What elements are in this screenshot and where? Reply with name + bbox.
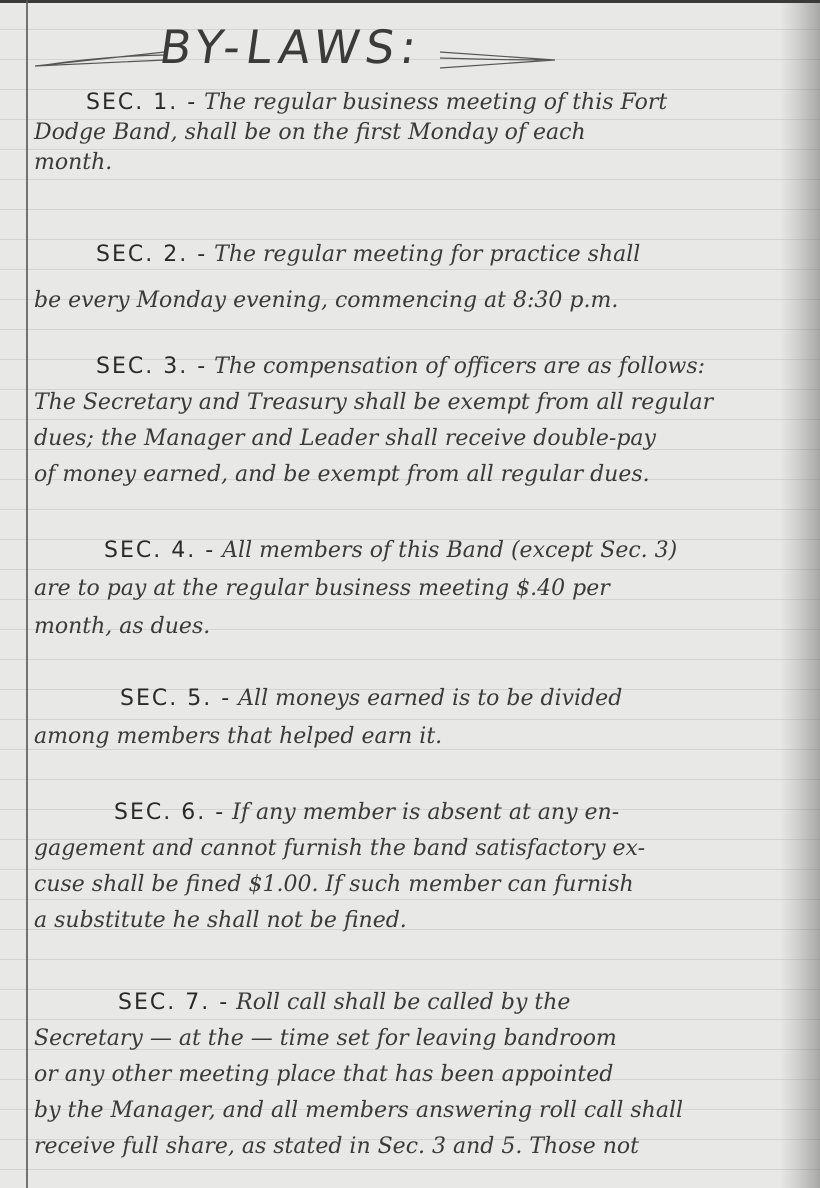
section-label: SEC. 5. - — [120, 686, 231, 711]
section-text-line: of money earned, and be exempt from all … — [34, 460, 804, 490]
section-text-line: The compensation of officers are as foll… — [214, 354, 705, 379]
section-text-line: All moneys earned is to be divided — [238, 686, 622, 711]
section-text-line: Roll call shall be called by the — [236, 990, 570, 1015]
section-2: SEC. 2. - The regular meeting for practi… — [34, 240, 804, 316]
section-4: SEC. 4. - All members of this Band (exce… — [34, 536, 804, 642]
section-text-line: dues; the Manager and Leader shall recei… — [34, 424, 804, 454]
section-text-line: cuse shall be fined $1.00. If such membe… — [34, 870, 804, 900]
section-text-line: Secretary — at the — time set for leavin… — [34, 1024, 804, 1054]
section-text-line: The regular meeting for practice shall — [214, 242, 640, 267]
right-flourish-icon — [440, 48, 555, 70]
page-title: BY-LAWS: — [156, 20, 426, 74]
section-label: SEC. 1. - — [86, 90, 197, 115]
section-text-line: Dodge Band, shall be on the first Monday… — [34, 118, 804, 148]
section-6: SEC. 6. - If any member is absent at any… — [34, 798, 804, 936]
section-text-line: by the Manager, and all members answerin… — [34, 1096, 804, 1126]
section-label: SEC. 4. - — [104, 538, 215, 563]
title-block: BY-LAWS: — [0, 18, 820, 78]
section-1: SEC. 1. - The regular business meeting o… — [34, 88, 804, 178]
ledger-page: BY-LAWS: SEC. 1. - The regular business … — [0, 0, 820, 1188]
section-text-line: If any member is absent at any en- — [232, 800, 619, 825]
section-label: SEC. 3. - — [96, 354, 207, 379]
section-7: SEC. 7. - Roll call shall be called by t… — [34, 988, 804, 1162]
section-text-line: receive full share, as stated in Sec. 3 … — [34, 1132, 804, 1162]
section-3: SEC. 3. - The compensation of officers a… — [34, 352, 804, 490]
page-top-edge — [0, 0, 820, 3]
section-text-line: among members that helped earn it. — [34, 722, 804, 752]
section-label: SEC. 2. - — [96, 242, 207, 267]
section-text-line: The regular business meeting of this For… — [204, 90, 667, 115]
section-text-line: a substitute he shall not be fined. — [34, 906, 804, 936]
section-text-line: month, as dues. — [34, 612, 804, 642]
left-flourish-icon — [35, 48, 165, 70]
section-label: SEC. 6. - — [114, 800, 225, 825]
section-text-line: month. — [34, 148, 804, 178]
section-5: SEC. 5. - All moneys earned is to be div… — [34, 684, 804, 752]
section-text-line: gagement and cannot furnish the band sat… — [34, 834, 804, 864]
section-text-line: are to pay at the regular business meeti… — [34, 574, 804, 604]
section-text-line: All members of this Band (except Sec. 3) — [222, 538, 677, 563]
section-text-line: The Secretary and Treasury shall be exem… — [34, 388, 804, 418]
section-text-line: be every Monday evening, commencing at 8… — [34, 286, 804, 316]
margin-rule — [26, 0, 28, 1188]
section-text-line: or any other meeting place that has been… — [34, 1060, 804, 1090]
section-label: SEC. 7. - — [118, 990, 229, 1015]
